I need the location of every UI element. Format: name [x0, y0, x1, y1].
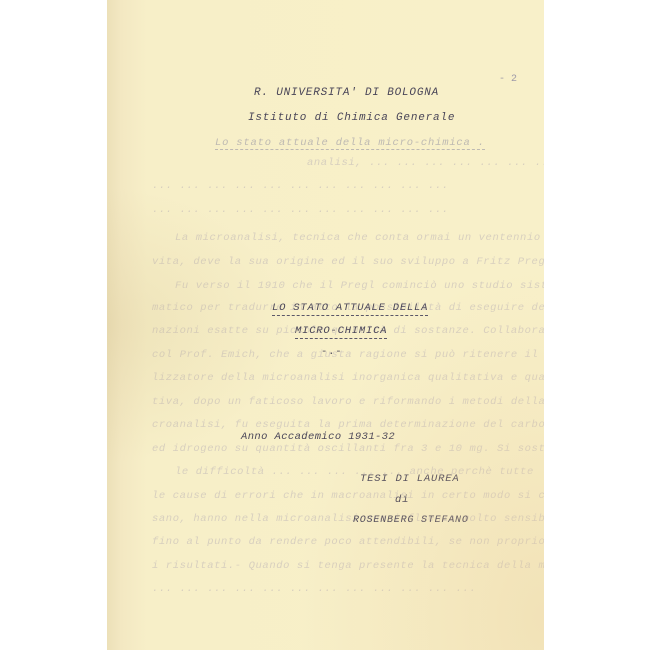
document-page: analisi, ... ... ... ... ... ... ... ...… [107, 0, 544, 650]
thesis-author: ROSENBERG STEFANO [353, 515, 469, 526]
faded-subtitle: Lo stato attuale della micro-chimica . [215, 137, 485, 150]
bleed-through-line: le difficoltà ... ... ... ... ... anche … [175, 466, 534, 478]
thesis-label: TESI DI LAUREA [360, 473, 459, 485]
title-separator: -.- [321, 346, 342, 358]
bleed-through-line: vita, deve la sua origine ed il suo svil… [152, 256, 544, 268]
bleed-through-line: croanalisi, fu eseguita la prima determi… [152, 419, 544, 431]
institute-header: Istituto di Chimica Generale [248, 112, 455, 124]
bleed-through-line: sano, hanno nella microanalisi una influ… [152, 513, 544, 525]
bleed-through-line: col Prof. Emich, che a giusta ragione si… [152, 349, 544, 361]
bleed-through-line: ... ... ... ... ... ... ... ... ... ... … [152, 180, 449, 192]
bleed-through-line: ... ... ... ... ... ... ... ... ... ... … [152, 583, 476, 595]
bleed-through-line: Fu verso il 1910 che il Pregl cominciò u… [175, 280, 544, 292]
thesis-by: di [395, 494, 409, 506]
thesis-title-line1: LO STATO ATTUALE DELLA [272, 302, 428, 316]
thesis-title-line2: MICRO-CHIMICA [295, 325, 387, 339]
bleed-through-line: ed idrogeno su quantità oscillanti fra 3… [152, 443, 544, 455]
bleed-through-line: tiva, dopo un faticoso lavoro e riforman… [152, 396, 544, 408]
university-header: R. UNIVERSITA' DI BOLOGNA [254, 87, 439, 99]
academic-year: Anno Accademico 1931-32 [241, 431, 395, 443]
bleed-through-line: le cause di errori che in macroanalisi i… [152, 490, 544, 502]
page-number: - 2 [499, 74, 517, 85]
bleed-through-line: ... ... ... ... ... ... ... ... ... ... … [152, 204, 449, 216]
bleed-through-line: La microanalisi, tecnica che conta ormai… [175, 232, 544, 244]
bleed-through-line: fino al punto da rendere poco attendibil… [152, 536, 544, 548]
bleed-through-line: analisi, ... ... ... ... ... ... ... ...… [307, 157, 544, 169]
bleed-through-line: lizzatore della microanalisi inorganica … [152, 372, 544, 384]
bleed-through-line: i risultati.- Quando si tenga presente l… [152, 560, 544, 572]
